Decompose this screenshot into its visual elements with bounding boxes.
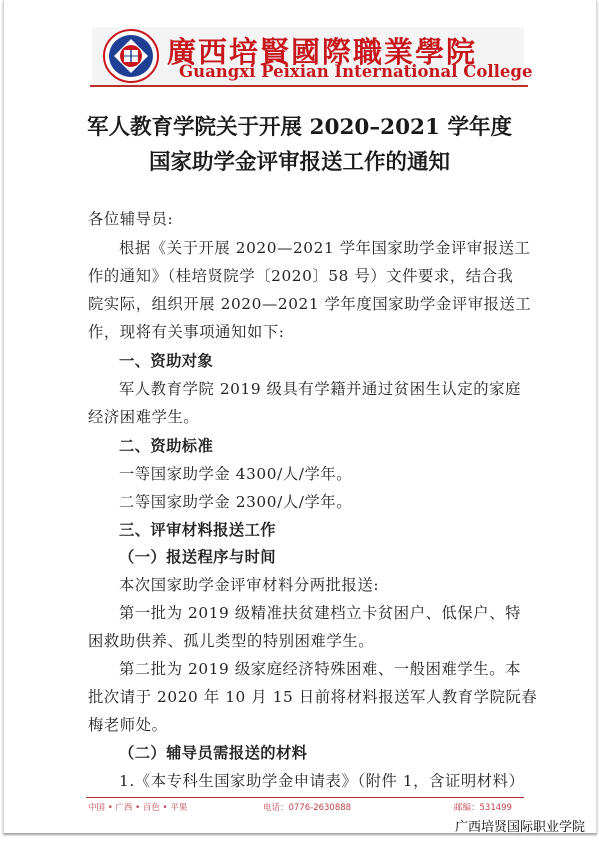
paragraph-line: 本次国家助学金评审材料分两批报送: [119, 573, 379, 595]
college-emblem-icon [103, 29, 159, 83]
paragraph-line: 作的通知》（桂培贤院学〔2020〕58 号）文件要求，结合我 [88, 264, 513, 286]
paragraph-line: 一等国家助学金 4300/人/学年。 [119, 462, 352, 484]
subsection-heading-1: （一）报送程序与时间 [119, 545, 276, 567]
paragraph-line: 军人教育学院 2019 级具有学籍并通过贫困生认定的家庭 [119, 377, 521, 399]
paragraph-line: 二等国家助学金 2300/人/学年。 [119, 490, 352, 512]
paragraph-line: 第二批为 2019 级家庭经济特殊困难、一般困难学生。本 [119, 657, 521, 679]
paragraph-line: 作，现将有关事项通知如下: [88, 320, 285, 342]
section-heading-1: 一、资助对象 [119, 349, 213, 371]
paragraph-line: 批次请于 2020 年 10 月 15 日前将材料报送军人教育学院阮春 [88, 685, 537, 707]
watermark-text: 广西培贤国际职业学院 [455, 816, 585, 835]
paragraph-line: 院实际，组织开展 2020—2021 学年度国家助学金评审报送工 [88, 292, 531, 314]
salutation: 各位辅导员: [88, 207, 173, 229]
header-divider [90, 85, 528, 87]
footer-postcode: 邮编：531499 [454, 801, 512, 813]
paragraph-line: 根据《关于开展 2020—2021 学年国家助学金评审报送工 [119, 236, 531, 258]
footer-address: 中国 • 广西 • 百色 • 平果 [88, 801, 187, 813]
subsection-heading-2: （二）辅导员需报送的材料 [119, 741, 307, 763]
section-heading-3: 三、评审材料报送工作 [119, 518, 276, 540]
college-name-en: Guangxi Peixian International College [179, 62, 532, 81]
document-title-line1: 军人教育学院关于开展 2020–2021 学年度 [0, 110, 599, 141]
footer-divider [86, 797, 524, 798]
section-heading-2: 二、资助标准 [119, 434, 213, 456]
paragraph-line: 困救助供养、孤儿类型的特别困难学生。 [88, 629, 374, 651]
paragraph-line: 第一批为 2019 级精准扶贫建档立卡贫困户、低保户、特 [119, 601, 521, 623]
paragraph-line: 梅老师处。 [88, 713, 168, 735]
footer-phone: 电话：0776-2630888 [263, 801, 351, 813]
paragraph-line: 经济困难学生。 [88, 405, 199, 427]
paragraph-line: 1.《本专科生国家助学金申请表》（附件 1，含证明材料） [119, 769, 524, 791]
document-title-line2: 国家助学金评审报送工作的通知 [0, 145, 599, 176]
